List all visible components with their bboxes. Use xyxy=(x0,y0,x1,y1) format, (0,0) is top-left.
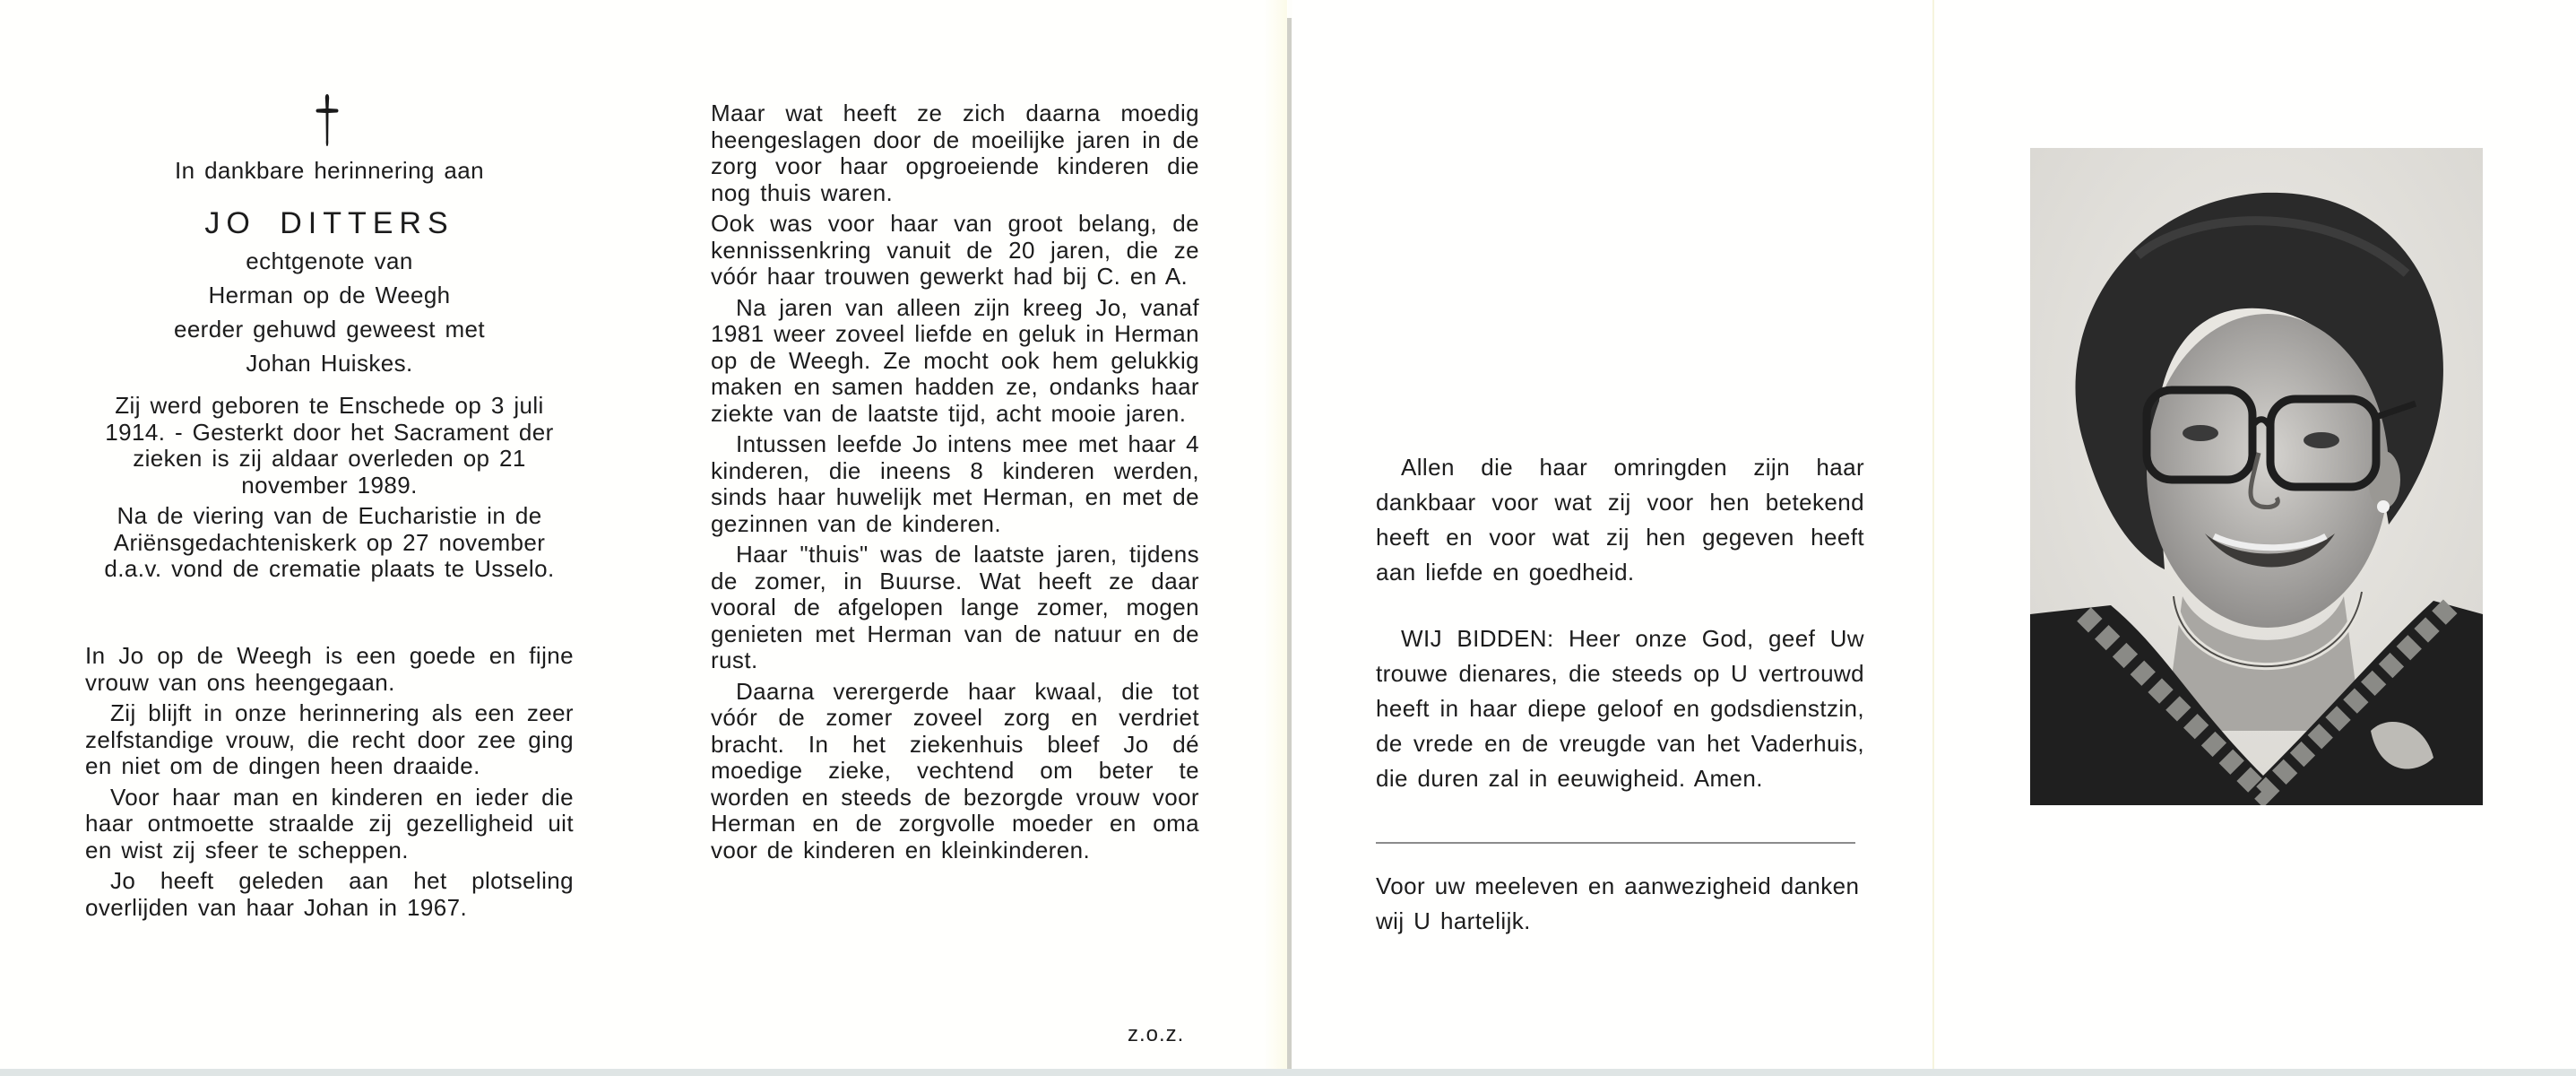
remembrance-paragraph: Zij blijft in onze herinnering als een z… xyxy=(85,700,574,780)
remembrance-paragraph: Jo heeft geleden aan het plotseling over… xyxy=(85,868,574,921)
middle-paragraph: Haar "thuis" was de laatste jaren, tijde… xyxy=(711,542,1199,674)
middle-paragraph: Daarna verergerde haar kwaal, die tot vó… xyxy=(711,679,1199,864)
cross-icon xyxy=(316,93,339,147)
turn-over-note: z.o.z. xyxy=(1128,1022,1184,1047)
card-divider xyxy=(1287,18,1292,1072)
relation-line: eerder gehuwd geweest met xyxy=(85,312,574,346)
prayer-paragraph: WIJ BIDDEN: Heer onze God, geef Uw trouw… xyxy=(1376,621,1864,796)
portrait-illustration xyxy=(2030,148,2483,805)
relations-block: echtgenote van Herman op de Weegh eerder… xyxy=(85,244,574,380)
deceased-name: JO DITTERS xyxy=(85,205,574,241)
biography-block: Zij werd geboren te Enschede op 3 juli 1… xyxy=(85,393,574,587)
middle-paragraph: Ook was voor haar van groot belang, de k… xyxy=(711,211,1199,291)
thanks-note: Voor uw meeleven en aanwezigheid danken … xyxy=(1376,869,1864,939)
separator-rule xyxy=(1376,842,1855,844)
scan-bottom-edge xyxy=(0,1069,2576,1076)
remembrance-paragraph: Voor haar man en kinderen en ieder die h… xyxy=(85,785,574,864)
middle-paragraph: Maar wat heeft ze zich daarna moedig hee… xyxy=(711,100,1199,206)
bio-paragraph: Na de viering van de Eucharistie in de A… xyxy=(85,503,574,583)
intro-line: In dankbare herinnering aan xyxy=(85,158,574,185)
gratitude-paragraph: Allen die haar omringden zijn haar dankb… xyxy=(1376,450,1864,590)
bio-paragraph: Zij werd geboren te Enschede op 3 juli 1… xyxy=(85,393,574,499)
divider-shadow xyxy=(1264,0,1287,1069)
middle-paragraph: Intussen leefde Jo intens mee met haar 4… xyxy=(711,431,1199,537)
prayer-text-block: Allen die haar omringden zijn haar dankb… xyxy=(1376,450,1864,828)
middle-text-block: Maar wat heeft ze zich daarna moedig hee… xyxy=(711,100,1199,868)
remembrance-paragraph: In Jo op de Weegh is een goede en fijne … xyxy=(85,643,574,696)
middle-paragraph: Na jaren van alleen zijn kreeg Jo, vanaf… xyxy=(711,295,1199,428)
relation-line: echtgenote van xyxy=(85,244,574,278)
remembrance-block: In Jo op de Weegh is een goede en fijne … xyxy=(85,643,574,925)
fold-line xyxy=(1932,0,1934,1069)
relation-line: Johan Huiskes. xyxy=(85,346,574,380)
portrait-photo xyxy=(2030,148,2483,805)
relation-line: Herman op de Weegh xyxy=(85,278,574,312)
